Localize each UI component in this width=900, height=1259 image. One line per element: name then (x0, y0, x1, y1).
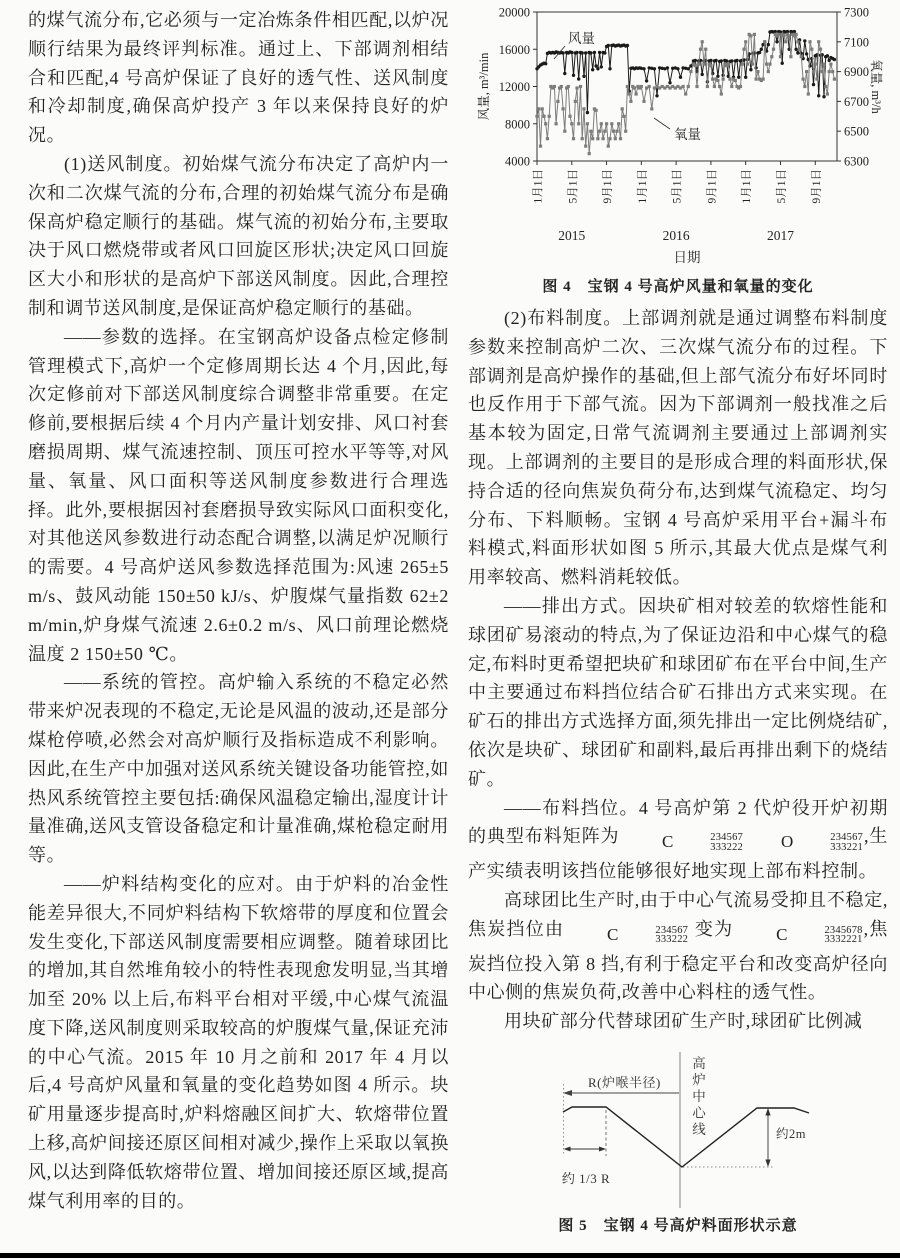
series-marker-氧量 (586, 122, 589, 125)
series-marker-风量 (714, 59, 717, 62)
series-marker-氧量 (744, 40, 747, 43)
series-marker-氧量 (640, 85, 643, 88)
series-marker-风量 (594, 64, 597, 67)
x-axis-tick-label: 9月1日 (705, 169, 718, 204)
series-marker-氧量 (711, 78, 714, 81)
paragraph: ——排出方式。因块矿相对较差的软熔性能和球团矿易滚动的特点,为了保证边沿和中心煤… (468, 592, 888, 794)
arrowhead-right (599, 1146, 606, 1151)
matrix-base: O (745, 828, 793, 857)
year-label: 2017 (767, 228, 794, 243)
series-marker-氧量 (615, 130, 618, 133)
figure4-line-chart: 4000800012000160002000063006500670069007… (468, 2, 888, 268)
x-axis-tick-label: 1月1日 (740, 169, 753, 204)
paragraph-with-matrix: ——布料挡位。4 号高炉第 2 代炉役开炉初期的典型布料矩阵为 C2345673… (468, 794, 888, 886)
series-marker-氧量 (701, 40, 704, 43)
left-axis-tick-label: 4000 (505, 155, 530, 169)
matrix-base: C (571, 921, 618, 950)
series-marker-氧量 (548, 115, 551, 118)
series-marker-风量 (655, 94, 658, 97)
series-marker-风量 (561, 51, 564, 54)
series-marker-氧量 (709, 64, 712, 67)
series-marker-氧量 (582, 107, 585, 110)
series-marker-氧量 (553, 85, 556, 88)
series-marker-氧量 (730, 85, 733, 88)
series-marker-氧量 (682, 85, 685, 88)
series-marker-氧量 (826, 92, 829, 95)
series-marker-氧量 (762, 78, 765, 81)
series-marker-氧量 (822, 63, 825, 66)
series-marker-风量 (803, 39, 806, 42)
radius-arrowhead (563, 1090, 572, 1096)
series-marker-氧量 (624, 130, 627, 133)
series-marker-氧量 (556, 100, 559, 103)
series-marker-风量 (608, 67, 611, 70)
series-marker-氧量 (622, 115, 625, 118)
x-axis-title: 日期 (674, 250, 701, 265)
series-marker-风量 (600, 65, 603, 68)
series-marker-风量 (679, 76, 682, 79)
depth-label: 约2m (776, 1124, 806, 1142)
left-axis-title: 风量, m³/min (477, 52, 491, 120)
series-marker-氧量 (741, 63, 744, 66)
series-marker-氧量 (572, 137, 575, 140)
series-marker-氧量 (718, 85, 721, 88)
text-segment: 变为 (689, 919, 739, 939)
series-marker-氧量 (687, 85, 690, 88)
series-marker-氧量 (770, 55, 773, 58)
series-marker-风量 (701, 73, 704, 76)
series-marker-风量 (589, 51, 592, 54)
matrix-base: C (626, 828, 673, 857)
series-marker-风量 (744, 76, 747, 79)
left-axis-tick-label: 16000 (499, 43, 530, 57)
right-axis-tick-label: 6700 (844, 95, 869, 109)
series-marker-氧量 (568, 115, 571, 118)
series-marker-风量 (794, 48, 797, 51)
series-marker-氧量 (589, 130, 592, 133)
x-axis-tick-label: 1月1日 (532, 169, 545, 204)
arrowhead-up (765, 1108, 770, 1116)
x-axis-tick-label: 9月1日 (601, 169, 614, 204)
series-marker-氧量 (722, 78, 725, 81)
series-marker-风量 (596, 67, 599, 70)
series-marker-氧量 (560, 85, 563, 88)
paper-page: 的煤气流分布,它必须与一定冶炼条件相匹配,以炉况顺行结果为最终评判标准。通过上、… (0, 0, 900, 1259)
left-axis-tick-label: 20000 (499, 6, 530, 20)
series-marker-风量 (572, 74, 575, 77)
series-marker-氧量 (562, 107, 565, 110)
series-annotation-风量: 风量 (568, 31, 595, 46)
series-marker-氧量 (575, 86, 578, 89)
series-marker-氧量 (756, 70, 759, 73)
series-marker-风量 (586, 111, 589, 114)
series-marker-风量 (822, 95, 825, 98)
series-marker-风量 (735, 59, 738, 62)
series-marker-氧量 (727, 63, 730, 66)
series-marker-风量 (725, 59, 728, 62)
series-marker-风量 (833, 58, 836, 61)
series-marker-氧量 (828, 70, 831, 73)
series-marker-氧量 (541, 107, 544, 110)
series-marker-风量 (626, 44, 629, 47)
paragraph-with-matrix: 高球团比生产时,由于中心气流易受抑且不稳定,焦炭挡位由 C23456733322… (468, 886, 888, 1007)
series-marker-氧量 (689, 70, 692, 73)
series-marker-风量 (668, 81, 671, 84)
matrix-subscript: 333222 (674, 843, 743, 853)
series-marker-氧量 (716, 79, 719, 82)
series-marker-风量 (607, 44, 610, 47)
series-marker-风量 (593, 51, 596, 54)
series-marker-氧量 (570, 122, 573, 125)
series-marker-风量 (805, 52, 808, 55)
series-marker-风量 (767, 43, 770, 46)
matrix-subscript: 3332221 (788, 935, 862, 945)
series-marker-氧量 (642, 100, 645, 103)
series-marker-氧量 (605, 122, 608, 125)
x-axis-tick-label: 5月1日 (566, 169, 579, 204)
series-marker-氧量 (739, 85, 742, 88)
series-marker-氧量 (728, 78, 731, 81)
burden-surface-profile (563, 1107, 809, 1167)
series-marker-氧量 (755, 78, 758, 81)
series-marker-氧量 (746, 63, 749, 66)
series-marker-氧量 (600, 122, 603, 125)
right-axis-title: 氧量, m³/h (869, 59, 883, 114)
series-marker-氧量 (831, 70, 834, 73)
series-marker-氧量 (782, 34, 785, 37)
series-marker-风量 (676, 67, 679, 70)
series-marker-风量 (709, 59, 712, 62)
series-marker-氧量 (802, 78, 805, 81)
right-axis-tick-label: 6500 (844, 125, 869, 139)
charging-matrix-ore: O234567333221 (745, 828, 863, 857)
series-marker-氧量 (805, 70, 808, 73)
page-bottom-rule (0, 1253, 900, 1258)
series-marker-氧量 (608, 137, 611, 140)
series-marker-氧量 (626, 85, 629, 88)
figure5-caption: 图 5 宝钢 4 号高炉料面形状示意 (468, 1214, 888, 1235)
series-marker-氧量 (650, 107, 653, 110)
series-marker-风量 (774, 30, 777, 33)
series-marker-氧量 (833, 78, 836, 81)
series-marker-风量 (749, 68, 752, 71)
series-marker-氧量 (796, 40, 799, 43)
x-axis-tick-label: 5月1日 (775, 169, 788, 204)
series-marker-氧量 (598, 130, 601, 133)
centerline-label: 高炉中心线 (687, 1056, 707, 1139)
x-axis-tick-label: 9月1日 (810, 169, 823, 204)
series-marker-氧量 (584, 145, 587, 148)
series-marker-风量 (817, 94, 820, 97)
series-marker-氧量 (742, 48, 745, 51)
series-marker-氧量 (821, 70, 824, 73)
series-marker-氧量 (812, 70, 815, 73)
series-marker-风量 (603, 51, 606, 54)
series-marker-氧量 (579, 85, 582, 88)
year-label: 2016 (663, 228, 690, 243)
series-marker-氧量 (694, 64, 697, 67)
series-marker-氧量 (567, 85, 570, 88)
series-marker-氧量 (537, 107, 540, 110)
series-marker-氧量 (581, 137, 584, 140)
series-marker-氧量 (803, 85, 806, 88)
series-marker-风量 (826, 54, 829, 57)
series-marker-氧量 (577, 122, 580, 125)
series-marker-风量 (584, 51, 587, 54)
series-marker-氧量 (602, 137, 605, 140)
series-marker-风量 (716, 75, 719, 78)
series-marker-风量 (760, 48, 763, 51)
series-marker-氧量 (807, 92, 810, 95)
series-marker-氧量 (720, 92, 723, 95)
series-marker-氧量 (808, 40, 811, 43)
matrix-base: C (740, 921, 787, 950)
series-marker-氧量 (563, 130, 566, 133)
series-marker-风量 (666, 66, 669, 69)
series-marker-氧量 (542, 115, 545, 118)
figure4-caption: 图 4 宝钢 4 号高炉风量和氧量的变化 (468, 275, 888, 296)
series-marker-氧量 (617, 122, 620, 125)
series-marker-氧量 (603, 130, 606, 133)
series-marker-氧量 (610, 122, 613, 125)
left-axis-tick-label: 8000 (505, 117, 530, 131)
figure5-burden-profile-diagram: R(炉喉半径) 高炉中心线 约 1/3 R 约2m (468, 1048, 888, 1214)
series-marker-氧量 (734, 79, 737, 82)
right-axis-tick-label: 6300 (844, 155, 869, 169)
figure5-drawing (468, 1048, 888, 1214)
series-marker-氧量 (555, 122, 558, 125)
series-marker-氧量 (800, 55, 803, 58)
paragraph: (1)送风制度。初始煤气流分布决定了高炉内一次和二次煤气流的分布,合理的初始煤气… (28, 150, 449, 323)
series-marker-氧量 (765, 63, 768, 66)
charging-matrix-coke: C234567333222 (626, 828, 743, 857)
paragraph: 用块矿部分代替球团矿生产时,球团矿比例减 (468, 1007, 888, 1036)
series-marker-风量 (563, 72, 566, 75)
series-marker-氧量 (699, 48, 702, 51)
x-axis-tick-label: 1月1日 (636, 169, 649, 204)
paragraph: ——系统的管控。高炉输入系统的不稳定必然带来炉况表现的不稳定,无论是风温的波动,… (28, 668, 449, 870)
series-marker-氧量 (607, 145, 610, 148)
series-marker-风量 (687, 67, 690, 70)
arrowhead-down (765, 1159, 770, 1167)
series-marker-氧量 (784, 40, 787, 43)
series-marker-氧量 (544, 122, 547, 125)
series-marker-氧量 (695, 85, 698, 88)
series-marker-氧量 (767, 70, 770, 73)
matrix-subscript: 333221 (794, 843, 863, 853)
right-axis-tick-label: 6900 (844, 65, 869, 79)
series-marker-风量 (582, 75, 585, 78)
series-marker-氧量 (824, 85, 827, 88)
series-marker-风量 (581, 51, 584, 54)
series-marker-氧量 (648, 85, 651, 88)
series-marker-氧量 (713, 85, 716, 88)
series-marker-氧量 (702, 63, 705, 66)
paragraph: ——炉料结构变化的应对。由于炉料的冶金性能差异很大,不同炉料结构下软熔带的厚度和… (28, 870, 449, 1216)
series-marker-氧量 (546, 137, 549, 140)
series-marker-氧量 (628, 92, 631, 95)
series-marker-氧量 (789, 55, 792, 58)
series-marker-氧量 (706, 85, 709, 88)
series-marker-风量 (591, 68, 594, 71)
series-marker-氧量 (814, 63, 817, 66)
series-marker-氧量 (619, 137, 622, 140)
annotation-leader-line (654, 118, 670, 129)
paragraph: 的煤气流分布,它必须与一定冶炼条件相匹配,以炉况顺行结果为最终评判标准。通过上、… (28, 6, 449, 150)
series-marker-风量 (758, 51, 761, 54)
series-marker-风量 (730, 59, 733, 62)
series-marker-风量 (645, 79, 648, 82)
series-annotation-氧量: 氧量 (674, 127, 701, 142)
series-marker-氧量 (795, 33, 798, 36)
series-marker-风量 (575, 51, 578, 54)
series-marker-氧量 (588, 152, 591, 155)
right-axis-tick-label: 7100 (844, 35, 869, 49)
series-marker-氧量 (829, 63, 832, 66)
series-marker-风量 (653, 67, 656, 70)
paragraph: (2)布料制度。上部调剂就是通过调整布料制度参数来控制高炉二次、三次煤气流分布的… (468, 304, 888, 592)
x-axis-tick-label: 5月1日 (671, 169, 684, 204)
right-axis-tick-label: 7300 (844, 6, 869, 20)
right-column: 4000800012000160002000063006500670069007… (468, 2, 888, 1235)
arrowhead-left (564, 1146, 571, 1151)
series-marker-风量 (720, 59, 723, 62)
series-marker-氧量 (574, 100, 577, 103)
series-marker-氧量 (763, 40, 766, 43)
series-marker-氧量 (768, 63, 771, 66)
series-marker-氧量 (817, 40, 820, 43)
matrix-subscript: 333222 (619, 935, 688, 945)
series-marker-风量 (737, 76, 740, 79)
series-marker-风量 (812, 83, 815, 86)
year-label: 2015 (558, 228, 585, 243)
left-column: 的煤气流分布,它必须与一定冶炼条件相匹配,以炉况顺行结果为最终评判标准。通过上、… (28, 6, 449, 1215)
series-marker-氧量 (779, 55, 782, 58)
throat-radius-label: R(炉喉半径) (588, 1072, 661, 1091)
series-marker-氧量 (535, 115, 538, 118)
series-marker-氧量 (595, 109, 598, 112)
series-marker-风量 (786, 30, 789, 33)
series-marker-风量 (775, 40, 778, 43)
series-marker-氧量 (749, 34, 752, 37)
series-marker-氧量 (591, 137, 594, 140)
series-marker-风量 (793, 30, 796, 33)
series-marker-氧量 (633, 86, 636, 89)
series-marker-氧量 (684, 92, 687, 95)
series-marker-风量 (570, 51, 573, 54)
series-marker-氧量 (751, 63, 754, 66)
series-marker-氧量 (596, 137, 599, 140)
series-marker-氧量 (614, 137, 617, 140)
series-marker-氧量 (772, 48, 775, 51)
left-axis-tick-label: 12000 (499, 80, 530, 94)
series-marker-氧量 (753, 33, 756, 36)
series-marker-氧量 (819, 48, 822, 51)
series-marker-氧量 (539, 145, 542, 148)
series-marker-氧量 (810, 48, 813, 51)
series-marker-氧量 (629, 100, 632, 103)
series-marker-氧量 (788, 34, 791, 37)
series-marker-风量 (796, 51, 799, 54)
series-marker-风量 (642, 67, 645, 70)
series-marker-氧量 (612, 130, 615, 133)
one-third-radius-label: 约 1/3 R (540, 1168, 632, 1187)
series-marker-风量 (598, 51, 601, 54)
coke-matrix-before: C234567333222 (571, 921, 688, 950)
paragraph: ——参数的选择。在宝钢高炉设备点检定修制管理模式下,高炉一个定修周期长达 4 个… (28, 323, 449, 669)
series-marker-风量 (577, 77, 580, 80)
series-marker-氧量 (777, 33, 780, 36)
series-marker-风量 (781, 62, 784, 65)
series-marker-氧量 (815, 78, 818, 81)
coke-matrix-after: C23456783332221 (740, 921, 863, 950)
series-marker-氧量 (697, 63, 700, 66)
series-marker-氧量 (635, 92, 638, 95)
series-marker-风量 (544, 62, 547, 65)
series-marker-氧量 (704, 48, 707, 51)
series-marker-风量 (694, 59, 697, 62)
series-marker-氧量 (621, 107, 624, 110)
series-marker-氧量 (798, 48, 801, 51)
